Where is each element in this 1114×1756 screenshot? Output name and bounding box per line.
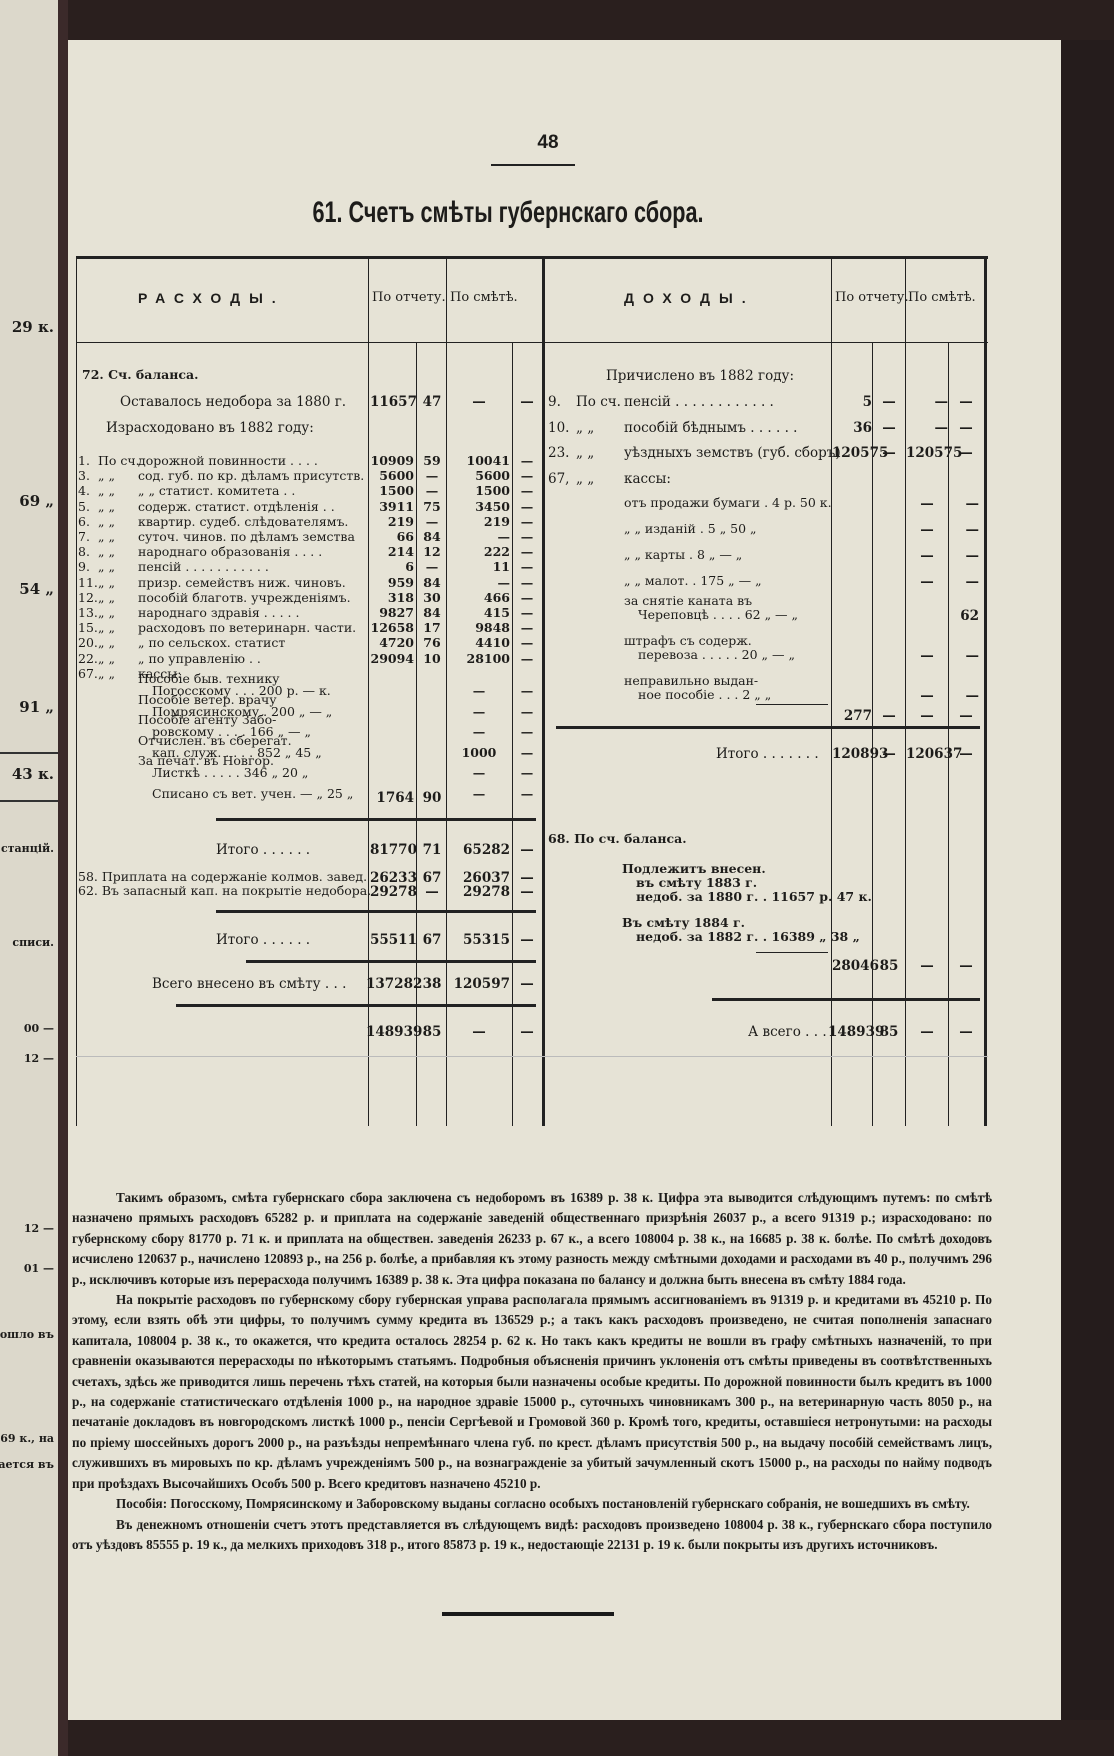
left-page-amount: 43 к. bbox=[12, 765, 54, 783]
adjacent-page-fragment: 29 к. 69 „ 54 „ 91 „ 43 к. станцій. спис… bbox=[0, 0, 58, 1756]
income-item-est-rub: 120575 bbox=[906, 445, 948, 461]
expense-item-number: 4. bbox=[78, 484, 90, 498]
kassa-total-report-kop: 90 bbox=[418, 790, 446, 806]
kassa-subitem-est-rub: — bbox=[448, 705, 510, 719]
expense-item-est-kop: — bbox=[514, 515, 540, 529]
table-left-border bbox=[76, 256, 77, 1126]
expenses-grand-report-rub: 148939 bbox=[366, 1024, 414, 1040]
income-kassa-line1: за снятіе каната въ bbox=[624, 594, 752, 608]
expense-item-label: „ по сельскох. статист bbox=[138, 636, 285, 650]
kassa-subitem-est-kop: — bbox=[514, 684, 540, 698]
left-page-word: 12 — bbox=[24, 1052, 54, 1065]
expense-item-est-kop: — bbox=[514, 469, 540, 483]
expense-item-label: „ по управленію . . bbox=[138, 652, 261, 666]
expense-item-report-rub: 6 bbox=[370, 560, 414, 574]
expense-item-report-rub: 29094 bbox=[370, 652, 414, 666]
header-bottom-rule bbox=[76, 342, 988, 343]
income-col-report: По отчету. bbox=[835, 290, 909, 306]
income-item-report-kop: — bbox=[873, 420, 905, 436]
expense-item-number: 1. bbox=[78, 454, 90, 468]
itogo1-report-kop: 71 bbox=[418, 842, 446, 858]
income-kassa-est-kop: — bbox=[949, 522, 979, 538]
balance-line: въ смѣту 1883 г. bbox=[636, 876, 757, 890]
carryover-report-kop: 47 bbox=[418, 394, 446, 410]
table-top-rule bbox=[76, 256, 988, 259]
total-in-estimate-est-rub: 120597 bbox=[448, 976, 510, 992]
income-kassa-est-rub: — bbox=[906, 522, 948, 538]
income-item-label: уѣздныхъ земствъ (губ. сборъ). bbox=[624, 445, 845, 461]
left-page-amount: 54 „ bbox=[19, 580, 54, 598]
left-page-word: 12 — bbox=[24, 1222, 54, 1235]
accrued-heading: Причислено въ 1882 году: bbox=[606, 368, 794, 384]
expense-item-est-rub: 415 bbox=[448, 606, 510, 620]
paragraph: Пособія: Погосскому, Помрясинскому и Заб… bbox=[72, 1494, 992, 1514]
expense-item-label: дорожной повинности . . . . bbox=[138, 454, 318, 468]
grand-rule bbox=[712, 998, 980, 1001]
expenses-col-report: По отчету. bbox=[372, 290, 446, 306]
income-itogo-est-rub: 120637 bbox=[906, 746, 948, 762]
paragraph: Такимъ образомъ, смѣта губернскаго сбора… bbox=[72, 1188, 992, 1290]
expense-item-label: народнаго здравія . . . . . bbox=[138, 606, 299, 620]
left-page-amount: 91 „ bbox=[19, 698, 54, 716]
expense-item-prefix: „ „ bbox=[98, 621, 115, 635]
explanatory-text: Такимъ образомъ, смѣта губернскаго сбора… bbox=[72, 1188, 992, 1555]
expense-item-number: 7. bbox=[78, 530, 90, 544]
income-kassa-total-est-rub: — bbox=[906, 708, 948, 724]
closing-rule bbox=[442, 1612, 614, 1616]
expense-item-report-kop: 75 bbox=[418, 500, 446, 514]
total-in-estimate-report-kop: 38 bbox=[418, 976, 446, 992]
balance-report-kop: 85 bbox=[873, 958, 905, 974]
income-item-report-kop: — bbox=[873, 394, 905, 410]
total-in-estimate-report-rub: 137282 bbox=[366, 976, 414, 992]
table-right-border bbox=[984, 256, 987, 1126]
balance-line: недоб. за 1882 г. . 16389 „ 38 „ bbox=[636, 930, 860, 944]
kassa-subitem-est-kop: — bbox=[514, 746, 540, 760]
income-itogo-label: Итого . . . . . . . bbox=[716, 746, 819, 762]
income-kassa-line2: отъ продажи бумаги . 4 р. 50 к. bbox=[624, 496, 832, 510]
expense-item-est-kop: — bbox=[514, 591, 540, 605]
expense-item-est-kop: — bbox=[514, 454, 540, 468]
kassa-total-report-rub: 1764 bbox=[370, 790, 414, 806]
expense-item-est-rub: 466 bbox=[448, 591, 510, 605]
expense-item-est-rub: — bbox=[448, 576, 510, 590]
itogo2-est-rub: 55315 bbox=[448, 932, 510, 948]
expense-item-prefix: „ „ bbox=[98, 652, 115, 666]
extra-item-report-rub: 29278 bbox=[370, 884, 414, 900]
income-item-est-rub: — bbox=[906, 420, 948, 436]
income-kassa-line2: перевоза . . . . . 20 „ — „ bbox=[638, 648, 795, 662]
expense-item-est-kop: — bbox=[514, 576, 540, 590]
expense-item-number: 12. bbox=[78, 591, 98, 605]
income-item-report-rub: 5 bbox=[832, 394, 872, 410]
left-page-word: станцій. bbox=[1, 842, 54, 855]
expense-item-number: 67. bbox=[78, 667, 98, 681]
carryover-report-rub: 11657 bbox=[370, 394, 414, 410]
kassa-subitem-est-rub: — bbox=[448, 787, 510, 801]
expense-item-prefix: „ „ bbox=[98, 636, 115, 650]
income-itogo-est-kop: — bbox=[949, 746, 983, 762]
expense-item-number: 8. bbox=[78, 545, 90, 559]
expense-item-est-rub: 11 bbox=[448, 560, 510, 574]
kassa-subitem-est-kop: — bbox=[514, 766, 540, 780]
faded-rule bbox=[76, 1056, 988, 1057]
subtotal-rule bbox=[756, 704, 828, 705]
income-item-number: 10. bbox=[548, 420, 569, 436]
income-itogo-report-kop: — bbox=[873, 746, 905, 762]
kassa-subitem-est-kop: — bbox=[514, 705, 540, 719]
expense-item-prefix: „ „ bbox=[98, 530, 115, 544]
expenses-grand-report-kop: 85 bbox=[418, 1024, 446, 1040]
expense-item-report-kop: — bbox=[418, 469, 446, 483]
expense-item-number: 22. bbox=[78, 652, 98, 666]
expense-item-report-rub: 214 bbox=[370, 545, 414, 559]
itogo-rule bbox=[556, 726, 980, 729]
extra-item-est-kop: — bbox=[514, 884, 540, 900]
col-divider bbox=[831, 256, 832, 1126]
income-kassa-est-kop: 62 bbox=[949, 608, 979, 624]
paragraph: На покрытіе расходовъ по губернскому сбо… bbox=[72, 1290, 992, 1494]
income-kassa-line2: „ „ карты . 8 „ — „ bbox=[624, 548, 742, 562]
left-page-rule bbox=[0, 800, 58, 802]
expense-item-number: 11. bbox=[78, 576, 98, 590]
balance-est-kop: — bbox=[949, 958, 983, 974]
itogo2-report-kop: 67 bbox=[418, 932, 446, 948]
col-divider bbox=[368, 256, 369, 1126]
expense-item-label: пособій благотв. учрежденіямъ. bbox=[138, 591, 351, 605]
income-itogo-report-rub: 120893 bbox=[832, 746, 872, 762]
income-kassa-total-report-kop: — bbox=[873, 708, 905, 724]
income-kassa-line2: ное пособіе . . . 2 „ „ bbox=[638, 688, 771, 702]
left-page-amount: 29 к. bbox=[12, 318, 54, 336]
expense-item-report-rub: 4720 bbox=[370, 636, 414, 650]
income-item-prefix: „ „ bbox=[576, 471, 594, 487]
income-kassa-est-rub: — bbox=[906, 496, 948, 512]
col-divider bbox=[512, 342, 513, 1126]
expenses-col-estimate: По смѣтѣ. bbox=[450, 290, 518, 306]
grand-rule bbox=[176, 1004, 536, 1007]
expense-item-number: 15. bbox=[78, 621, 98, 635]
expense-item-prefix: „ „ bbox=[98, 560, 115, 574]
income-item-prefix: „ „ bbox=[576, 420, 594, 436]
expense-item-report-kop: 17 bbox=[418, 621, 446, 635]
income-item-number: 67, bbox=[548, 471, 569, 487]
income-grand-report-kop: 85 bbox=[873, 1024, 905, 1040]
spent-heading: Израсходовано въ 1882 году: bbox=[106, 420, 314, 436]
itogo1-est-kop: — bbox=[514, 842, 540, 858]
expense-item-report-rub: 12658 bbox=[370, 621, 414, 635]
income-kassa-total-report-rub: 277 bbox=[832, 708, 872, 724]
col-divider bbox=[416, 342, 417, 1126]
expense-item-label: пенсій . . . . . . . . . . . bbox=[138, 560, 269, 574]
kassa-subitem-est-rub: — bbox=[448, 766, 510, 780]
income-kassa-total-est-kop: — bbox=[949, 708, 983, 724]
expense-item-est-kop: — bbox=[514, 652, 540, 666]
expense-item-number: 5. bbox=[78, 500, 90, 514]
kassa-subitem-est-kop: — bbox=[514, 787, 540, 801]
expense-item-number: 20. bbox=[78, 636, 98, 650]
center-double-rule bbox=[542, 256, 545, 1126]
carryover-label: Оставалось недобора за 1880 г. bbox=[120, 394, 346, 410]
left-page-word: списи. bbox=[12, 936, 54, 949]
income-kassa-est-kop: — bbox=[949, 496, 979, 512]
carryover-est-kop: — bbox=[514, 394, 540, 410]
expense-item-prefix: „ „ bbox=[98, 576, 115, 590]
carryover-est-rub: — bbox=[448, 394, 510, 410]
account-table: РАСХОДЫ. По отчету. По смѣтѣ. ДОХОДЫ. По… bbox=[76, 256, 988, 1146]
page-edge-shadow bbox=[1061, 40, 1114, 1720]
expense-item-label: „ „ статист. комитета . . bbox=[138, 484, 295, 498]
left-page-word: ается въ bbox=[0, 1458, 54, 1471]
expense-item-report-kop: 10 bbox=[418, 652, 446, 666]
kassa-subitem-est-rub: — bbox=[448, 725, 510, 739]
expense-item-est-rub: 3450 bbox=[448, 500, 510, 514]
income-item-number: 23. bbox=[548, 445, 569, 461]
expense-item-est-rub: 1500 bbox=[448, 484, 510, 498]
income-item-est-rub: — bbox=[906, 394, 948, 410]
total-rule bbox=[246, 960, 536, 963]
expense-item-est-rub: 10041 bbox=[448, 454, 510, 468]
kassa-subitem-line2: Листкѣ . . . . . 346 „ 20 „ bbox=[152, 766, 308, 780]
left-page-word: 00 — bbox=[24, 1022, 54, 1035]
expense-item-label: народнаго образованія . . . . bbox=[138, 545, 322, 559]
expense-item-est-kop: — bbox=[514, 636, 540, 650]
income-item-est-kop: — bbox=[949, 394, 983, 410]
total-in-estimate-label: Всего внесено въ смѣту . . . bbox=[152, 976, 346, 992]
expense-item-prefix: „ „ bbox=[98, 500, 115, 514]
page-number-rule bbox=[491, 164, 575, 166]
expense-item-report-rub: 318 bbox=[370, 591, 414, 605]
kassa-subitem-est-rub: — bbox=[448, 684, 510, 698]
income-item-prefix: „ „ bbox=[576, 445, 594, 461]
expense-item-number: 9. bbox=[78, 560, 90, 574]
expense-item-label: призр. семействъ ниж. чиновъ. bbox=[138, 576, 346, 590]
expense-item-label: содерж. статист. отдѣленія . . bbox=[138, 500, 335, 514]
extra-item-label: 58. Приплата на содержаніе колмов. завед… bbox=[78, 870, 367, 884]
expense-item-report-kop: 76 bbox=[418, 636, 446, 650]
kassa-subitem-est-kop: — bbox=[514, 725, 540, 739]
expense-item-report-rub: 1500 bbox=[370, 484, 414, 498]
expense-item-prefix: „ „ bbox=[98, 515, 115, 529]
income-kassa-line1: неправильно выдан- bbox=[624, 674, 758, 688]
expense-item-prefix: „ „ bbox=[98, 591, 115, 605]
expense-item-est-kop: — bbox=[514, 500, 540, 514]
income-kassa-est-kop: — bbox=[949, 688, 979, 704]
itogo2-report-rub: 55511 bbox=[370, 932, 414, 948]
income-item-label: кассы: bbox=[624, 471, 671, 487]
itogo-rule bbox=[216, 818, 536, 821]
expense-item-est-rub: — bbox=[448, 530, 510, 544]
expense-item-report-kop: 12 bbox=[418, 545, 446, 559]
expenses-grand-est-rub: — bbox=[448, 1024, 510, 1040]
expense-item-label: суточ. чинов. по дѣламъ земства bbox=[138, 530, 355, 544]
expense-item-number: 3. bbox=[78, 469, 90, 483]
expense-item-report-rub: 9827 bbox=[370, 606, 414, 620]
extra-item-report-kop: — bbox=[418, 884, 446, 900]
expense-item-prefix: „ „ bbox=[98, 484, 115, 498]
income-kassa-est-kop: — bbox=[949, 548, 979, 564]
expense-item-number: 6. bbox=[78, 515, 90, 529]
expense-item-est-rub: 219 bbox=[448, 515, 510, 529]
income-heading: ДОХОДЫ. bbox=[624, 290, 755, 306]
expense-item-est-rub: 28100 bbox=[448, 652, 510, 666]
page-number: 48 bbox=[488, 132, 608, 154]
income-item-report-rub: 36 bbox=[832, 420, 872, 436]
expense-item-est-kop: — bbox=[514, 621, 540, 635]
paragraph: Въ денежномъ отношеніи счетъ этотъ предс… bbox=[72, 1515, 992, 1556]
expenses-section-title: 72. Сч. баланса. bbox=[82, 368, 198, 382]
col-divider bbox=[446, 256, 447, 1126]
expense-item-report-rub: 959 bbox=[370, 576, 414, 590]
expense-item-report-kop: 84 bbox=[418, 530, 446, 544]
balance-line: Въ смѣту 1884 г. bbox=[622, 916, 745, 930]
income-grand-est-kop: — bbox=[949, 1024, 983, 1040]
expense-item-est-kop: — bbox=[514, 606, 540, 620]
expense-item-report-rub: 3911 bbox=[370, 500, 414, 514]
total-in-estimate-est-kop: — bbox=[514, 976, 540, 992]
expense-item-report-kop: — bbox=[418, 484, 446, 498]
income-kassa-line2: „ „ малот. . 175 „ — „ bbox=[624, 574, 762, 588]
expenses-grand-est-kop: — bbox=[514, 1024, 540, 1040]
expense-item-prefix: „ „ bbox=[98, 606, 115, 620]
book-spine bbox=[58, 0, 68, 1756]
income-kassa-line1: штрафъ съ содерж. bbox=[624, 634, 752, 648]
expense-item-est-rub: 9848 bbox=[448, 621, 510, 635]
income-kassa-line2: Череповцѣ . . . . 62 „ — „ bbox=[638, 608, 798, 622]
left-page-word: 01 — bbox=[24, 1262, 54, 1275]
income-item-est-kop: — bbox=[949, 420, 983, 436]
expense-item-est-rub: 4410 bbox=[448, 636, 510, 650]
expense-item-report-kop: 30 bbox=[418, 591, 446, 605]
income-kassa-line2: „ „ изданій . 5 „ 50 „ bbox=[624, 522, 757, 536]
expense-item-prefix: По сч. bbox=[98, 454, 140, 468]
expense-item-est-kop: — bbox=[514, 484, 540, 498]
itogo1-est-rub: 65282 bbox=[448, 842, 510, 858]
expense-item-prefix: „ „ bbox=[98, 469, 115, 483]
expense-item-report-rub: 10909 bbox=[370, 454, 414, 468]
expense-item-report-kop: 84 bbox=[418, 576, 446, 590]
extra-item-label: 62. Въ запасный кап. на покрытіе недобор… bbox=[78, 884, 371, 898]
expense-item-est-kop: — bbox=[514, 545, 540, 559]
expenses-heading: РАСХОДЫ. bbox=[138, 290, 285, 306]
left-page-word: 69 к., на bbox=[0, 1432, 54, 1445]
expense-item-report-rub: 5600 bbox=[370, 469, 414, 483]
income-kassa-est-rub: — bbox=[906, 688, 948, 704]
expense-item-report-kop: — bbox=[418, 560, 446, 574]
expense-item-est-rub: 5600 bbox=[448, 469, 510, 483]
expense-item-label: сод. губ. по кр. дѣламъ присутств. bbox=[138, 469, 364, 483]
expense-item-report-kop: — bbox=[418, 515, 446, 529]
expense-item-est-rub: 222 bbox=[448, 545, 510, 559]
income-grand-est-rub: — bbox=[906, 1024, 948, 1040]
page-title: 61. Счетъ смѣты губернскаго сбора. bbox=[191, 196, 825, 230]
extra-item-est-rub: 29278 bbox=[448, 884, 510, 900]
itogo1-label: Итого . . . . . . bbox=[216, 842, 310, 858]
balance-est-rub: — bbox=[906, 958, 948, 974]
income-kassa-est-kop: — bbox=[949, 648, 979, 664]
expense-item-label: квартир. судеб. слѣдователямъ. bbox=[138, 515, 348, 529]
balance-line: недоб. за 1880 г. . 11657 р. 47 к. bbox=[636, 890, 872, 904]
income-kassa-est-rub: — bbox=[906, 548, 948, 564]
expense-item-number: 13. bbox=[78, 606, 98, 620]
income-kassa-est-rub: — bbox=[906, 574, 948, 590]
balance-section-title: 68. По сч. баланса. bbox=[548, 832, 687, 846]
expense-item-est-kop: — bbox=[514, 560, 540, 574]
expense-item-prefix: „ „ bbox=[98, 545, 115, 559]
income-item-report-kop: — bbox=[873, 445, 905, 461]
itogo2-label: Итого . . . . . . bbox=[216, 932, 310, 948]
balance-line: Подлежитъ внесен. bbox=[622, 862, 766, 876]
income-item-report-rub: 120575 bbox=[832, 445, 872, 461]
left-page-amount: 69 „ bbox=[19, 492, 54, 510]
balance-report-rub: 28046 bbox=[832, 958, 872, 974]
income-grand-report-rub: 148939 bbox=[828, 1024, 872, 1040]
income-item-label: пособій бѣднымъ . . . . . . bbox=[624, 420, 797, 436]
income-item-prefix: По сч. bbox=[576, 394, 621, 410]
income-kassa-est-kop: — bbox=[949, 574, 979, 590]
expense-item-prefix: „ „ bbox=[98, 667, 115, 681]
expense-item-report-rub: 66 bbox=[370, 530, 414, 544]
itogo2-est-kop: — bbox=[514, 932, 540, 948]
itogo-rule bbox=[216, 910, 536, 913]
expense-item-label: расходовъ по ветеринарн. части. bbox=[138, 621, 356, 635]
expense-item-est-kop: — bbox=[514, 530, 540, 544]
income-item-est-kop: — bbox=[949, 445, 983, 461]
left-page-word: вошло въ bbox=[0, 1328, 54, 1341]
itogo1-report-rub: 81770 bbox=[370, 842, 414, 858]
kassa-subitem-est-rub: 1000 bbox=[448, 746, 510, 760]
income-item-number: 9. bbox=[548, 394, 561, 410]
kassa-subitem-line2: Списано съ вет. учен. — „ 25 „ bbox=[152, 787, 353, 801]
expense-item-report-kop: 59 bbox=[418, 454, 446, 468]
income-col-estimate: По смѣтѣ. bbox=[908, 290, 976, 306]
expense-item-report-kop: 84 bbox=[418, 606, 446, 620]
expense-item-report-rub: 219 bbox=[370, 515, 414, 529]
subtotal-rule bbox=[756, 952, 828, 953]
document-page: 48 61. Счетъ смѣты губернскаго сбора. РА… bbox=[68, 40, 1061, 1720]
left-page-rule bbox=[0, 752, 58, 754]
income-kassa-est-rub: — bbox=[906, 648, 948, 664]
income-item-label: пенсій . . . . . . . . . . . . bbox=[624, 394, 774, 410]
